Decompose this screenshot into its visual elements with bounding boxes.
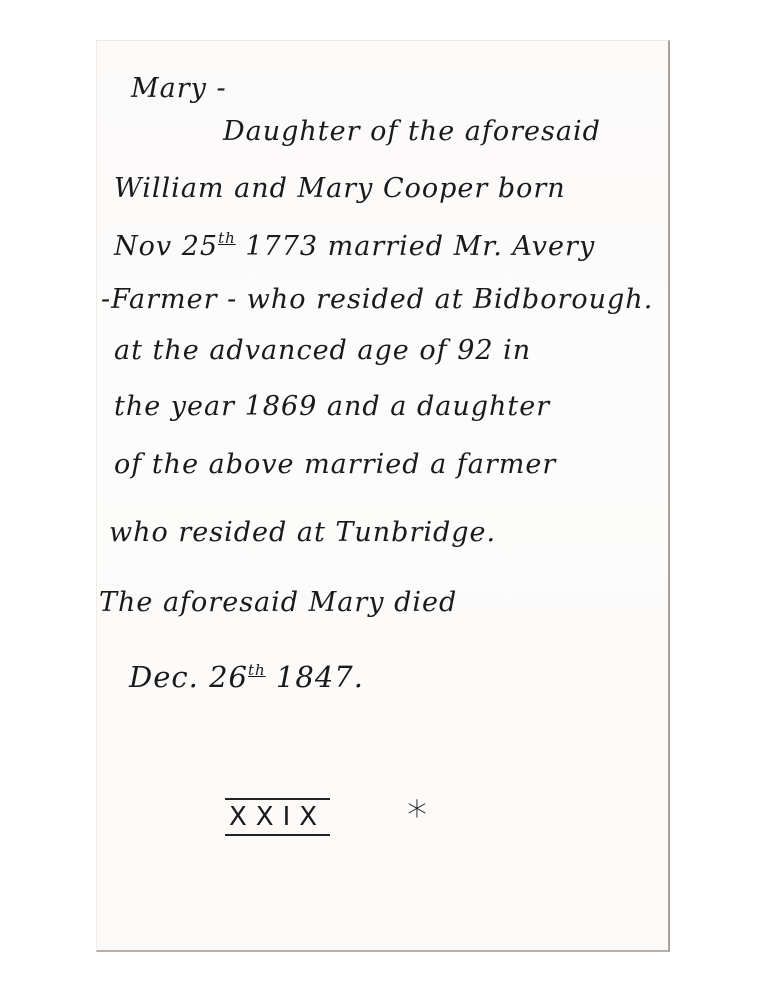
line-year: the year 1869 and a daughter bbox=[114, 393, 550, 420]
line-text: of the above married a farmer bbox=[114, 449, 556, 480]
line-text: 1773 married Mr. Avery bbox=[236, 231, 595, 262]
line-text: at the advanced age of 92 in bbox=[114, 335, 531, 366]
line-text: Dec. 26 bbox=[129, 660, 248, 694]
line-daughter-of: Daughter of the aforesaid bbox=[223, 118, 601, 145]
line-name-heading: Mary - bbox=[131, 75, 227, 102]
line-death-date: Dec. 26th 1847. bbox=[129, 663, 364, 692]
line-text: 1847. bbox=[266, 660, 364, 694]
asterisk-icon: * bbox=[407, 793, 427, 839]
ordinal-suffix: th bbox=[248, 661, 266, 679]
line-parents: William and Mary Cooper born bbox=[114, 175, 566, 202]
line-text: the year 1869 and a daughter bbox=[114, 391, 550, 422]
line-text: William and Mary Cooper born bbox=[114, 173, 566, 204]
line-farmer-residence: -Farmer - who resided at Bidborough. bbox=[101, 286, 653, 313]
line-text: Daughter of the aforesaid bbox=[223, 116, 601, 147]
line-mary-died: The aforesaid Mary died bbox=[99, 589, 457, 616]
manuscript-page: Mary - Daughter of the aforesaid William… bbox=[96, 40, 670, 952]
line-tunbridge: who resided at Tunbridge. bbox=[109, 519, 496, 546]
line-text: The aforesaid Mary died bbox=[99, 587, 457, 618]
line-text: Nov 25 bbox=[114, 231, 218, 262]
line-text: -Farmer - who resided at Bidborough. bbox=[101, 284, 653, 315]
line-birth-marriage: Nov 25th 1773 married Mr. Avery bbox=[114, 231, 595, 260]
ordinal-suffix: th bbox=[218, 229, 236, 247]
line-text: Mary - bbox=[131, 73, 227, 104]
line-advanced-age: at the advanced age of 92 in bbox=[114, 337, 531, 364]
line-text: who resided at Tunbridge. bbox=[109, 517, 496, 548]
line-daughter-married: of the above married a farmer bbox=[114, 451, 556, 478]
page-numeral: XXIX bbox=[225, 798, 330, 836]
